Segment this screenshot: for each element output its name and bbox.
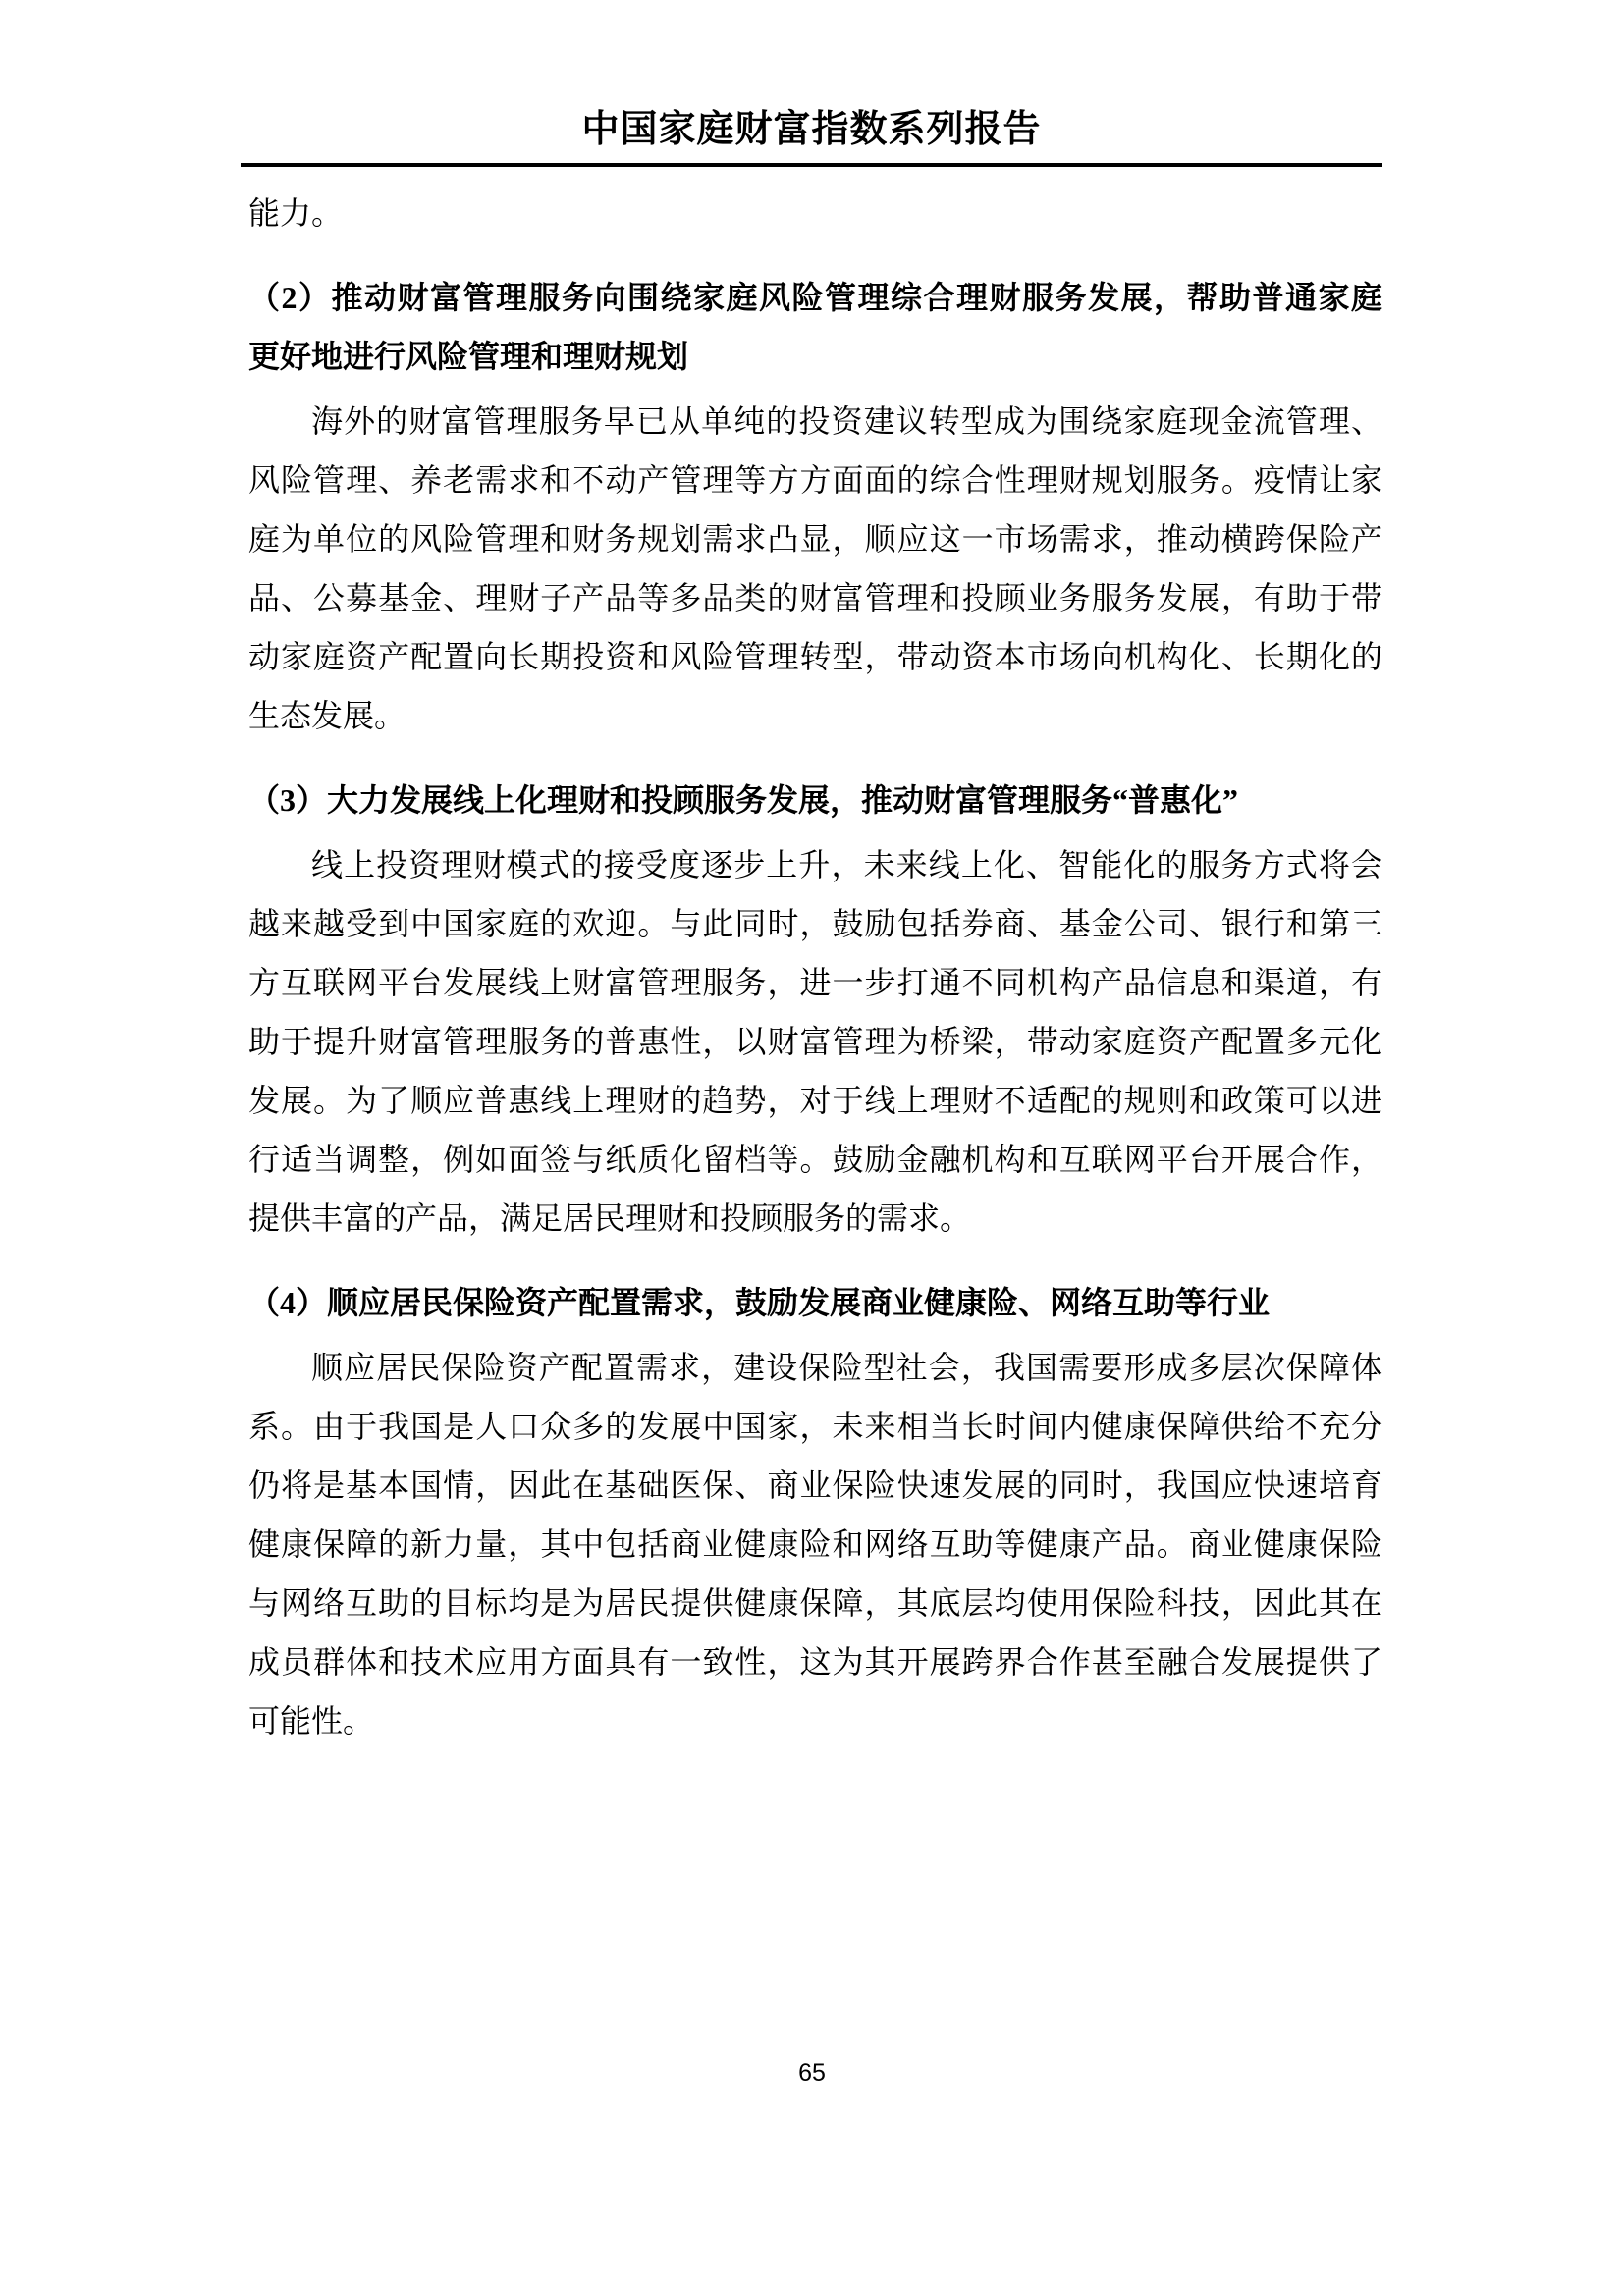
section-paragraph: 海外的财富管理服务早已从单纯的投资建议转型成为围绕家庭现金流管理、风险管理、养老… xyxy=(248,392,1382,745)
text-line: 提供丰富的产品，满足居民理财和投顾服务的需求。 xyxy=(248,1189,1382,1248)
text-line: 生态发展。 xyxy=(248,686,1382,745)
section-heading: （3）大力发展线上化理财和投顾服务发展，推动财富管理服务“普惠化” xyxy=(248,771,1382,829)
text-line: 海外的财富管理服务早已从单纯的投资建议转型成为围绕家庭现金流管理、 xyxy=(248,392,1382,451)
document-body: 能力。（2）推动财富管理服务向围绕家庭风险管理综合理财服务发展，帮助普通家庭更好… xyxy=(248,184,1382,1750)
report-title: 中国家庭财富指数系列报告 xyxy=(581,108,1041,151)
text-line: 与网络互助的目标均是为居民提供健康保障，其底层均使用保险科技，因此其在 xyxy=(248,1574,1382,1632)
text-line: 仍将是基本国情，因此在基础医保、商业保险快速发展的同时，我国应快速培育 xyxy=(248,1456,1382,1515)
text-line: 品、公募基金、理财子产品等多品类的财富管理和投顾业务服务发展，有助于带 xyxy=(248,568,1382,627)
text-line: 线上投资理财模式的接受度逐步上升，未来线上化、智能化的服务方式将会 xyxy=(248,835,1382,894)
text-line: 助于提升财富管理服务的普惠性，以财富管理为桥梁，带动家庭资产配置多元化 xyxy=(248,1012,1382,1071)
text-line: 越来越受到中国家庭的欢迎。与此同时，鼓励包括券商、基金公司、银行和第三 xyxy=(248,894,1382,953)
text-line: 发展。为了顺应普惠线上理财的趋势，对于线上理财不适配的规则和政策可以进 xyxy=(248,1071,1382,1130)
text-line: （3）大力发展线上化理财和投顾服务发展，推动财富管理服务“普惠化” xyxy=(248,771,1382,829)
text-line: 行适当调整，例如面签与纸质化留档等。鼓励金融机构和互联网平台开展合作， xyxy=(248,1130,1382,1189)
document-page: 中国家庭财富指数系列报告 能力。（2）推动财富管理服务向围绕家庭风险管理综合理财… xyxy=(0,0,1624,2296)
section-paragraph: 线上投资理财模式的接受度逐步上升，未来线上化、智能化的服务方式将会越来越受到中国… xyxy=(248,835,1382,1248)
text-line: 能力。 xyxy=(248,184,1382,242)
text-line: 顺应居民保险资产配置需求，建设保险型社会，我国需要形成多层次保障体 xyxy=(248,1338,1382,1397)
text-line: 动家庭资产配置向长期投资和风险管理转型，带动资本市场向机构化、长期化的 xyxy=(248,627,1382,686)
text-line: 庭为单位的风险管理和财务规划需求凸显，顺应这一市场需求，推动横跨保险产 xyxy=(248,509,1382,568)
page-number: 65 xyxy=(798,2059,826,2087)
text-line: 系。由于我国是人口众多的发展中国家，未来相当长时间内健康保障供给不充分 xyxy=(248,1397,1382,1456)
text-line: 成员群体和技术应用方面具有一致性，这为其开展跨界合作甚至融合发展提供了 xyxy=(248,1632,1382,1691)
text-line: （2）推动财富管理服务向围绕家庭风险管理综合理财服务发展，帮助普通家庭 xyxy=(248,268,1382,327)
page-footer: 65 xyxy=(0,2059,1624,2088)
text-line: 健康保障的新力量，其中包括商业健康险和网络互助等健康产品。商业健康保险 xyxy=(248,1515,1382,1574)
text-line: 可能性。 xyxy=(248,1691,1382,1750)
section-heading: （2）推动财富管理服务向围绕家庭风险管理综合理财服务发展，帮助普通家庭更好地进行… xyxy=(248,268,1382,386)
page-header: 中国家庭财富指数系列报告 xyxy=(241,0,1382,167)
text-line: 更好地进行风险管理和理财规划 xyxy=(248,327,1382,386)
section-paragraph: 顺应居民保险资产配置需求，建设保险型社会，我国需要形成多层次保障体系。由于我国是… xyxy=(248,1338,1382,1750)
text-line: 风险管理、养老需求和不动产管理等方方面面的综合性理财规划服务。疫情让家 xyxy=(248,451,1382,509)
section-heading: （4）顺应居民保险资产配置需求，鼓励发展商业健康险、网络互助等行业 xyxy=(248,1273,1382,1332)
text-line: （4）顺应居民保险资产配置需求，鼓励发展商业健康险、网络互助等行业 xyxy=(248,1273,1382,1332)
section-paragraph: 能力。 xyxy=(248,184,1382,242)
text-line: 方互联网平台发展线上财富管理服务，进一步打通不同机构产品信息和渠道，有 xyxy=(248,953,1382,1012)
